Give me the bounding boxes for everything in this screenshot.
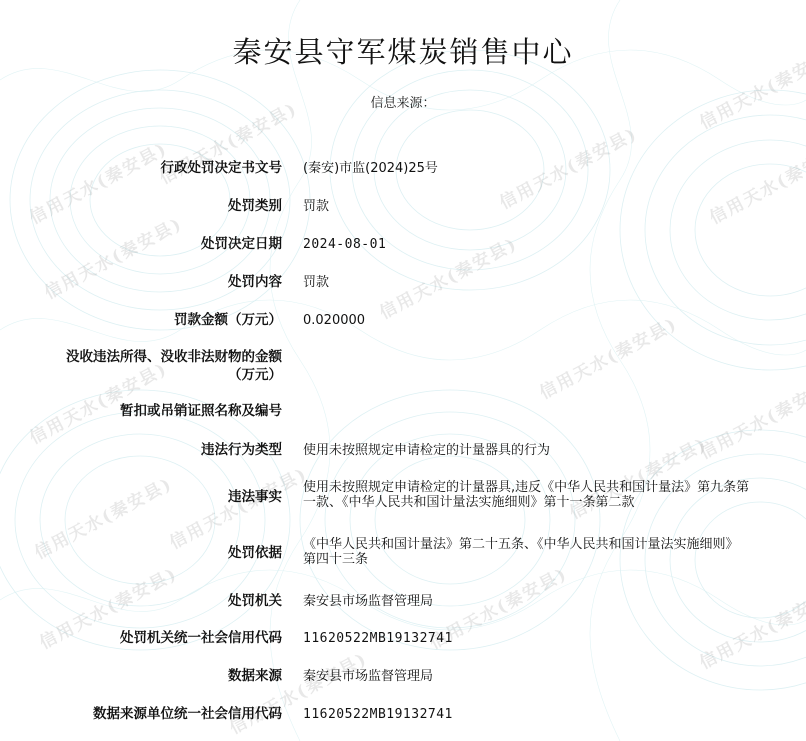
field-label: 违法事实 xyxy=(12,488,282,506)
info-source-label: 信息来源： xyxy=(370,96,435,111)
field-label: 暂扣或吊销证照名称及编号 xyxy=(12,402,282,420)
field-value: 11620522MB19132741 xyxy=(303,631,793,646)
field-value: 罚款 xyxy=(303,275,793,290)
field-label: 处罚类别 xyxy=(12,197,282,215)
field-value: 使用未按照规定申请检定的计量器具的行为 xyxy=(303,443,793,458)
page-title: 秦安县守军煤炭销售中心 xyxy=(0,30,806,71)
field-value-line: 第四十三条 xyxy=(303,552,793,567)
field-value: 使用未按照规定申请检定的计量器具,违反《中华人民共和国计量法》第九条第 一款、《… xyxy=(303,480,793,510)
field-value: 秦安县市场监督管理局 xyxy=(303,669,793,684)
field-value-line: 《中华人民共和国计量法》第二十五条、《中华人民共和国计量法实施细则》 xyxy=(303,537,793,552)
field-label-line: （万元） xyxy=(12,366,282,384)
field-label: 处罚决定日期 xyxy=(12,235,282,253)
field-label: 罚款金额（万元） xyxy=(12,311,282,329)
field-label: 处罚内容 xyxy=(12,273,282,291)
field-value-line: 使用未按照规定申请检定的计量器具,违反《中华人民共和国计量法》第九条第 xyxy=(303,480,793,495)
field-label: 处罚机关统一社会信用代码 xyxy=(12,629,282,647)
info-source: 信息来源： xyxy=(0,92,806,111)
field-value: 秦安县市场监督管理局 xyxy=(303,594,793,609)
field-label: 数据来源单位统一社会信用代码 xyxy=(12,705,282,723)
field-value: 2024-08-01 xyxy=(303,237,793,252)
field-value: 罚款 xyxy=(303,199,793,214)
field-label: 数据来源 xyxy=(12,667,282,685)
field-label: 处罚机关 xyxy=(12,592,282,610)
field-value-line: 一款、《中华人民共和国计量法实施细则》第十一条第二款 xyxy=(303,495,793,510)
field-label: 处罚依据 xyxy=(12,544,282,562)
field-label-line: 没收违法所得、没收非法财物的金额 xyxy=(12,348,282,366)
field-value: 0.020000 xyxy=(303,313,793,328)
watermark-text: 信用天水(秦安县) xyxy=(704,135,806,229)
field-value: 11620522MB19132741 xyxy=(303,707,793,722)
field-label: 违法行为类型 xyxy=(12,441,282,459)
field-label: 没收违法所得、没收非法财物的金额 （万元） xyxy=(12,348,282,384)
watermark-text: 信用天水(秦安县) xyxy=(164,460,311,554)
field-value: (秦安)市监(2024)25号 xyxy=(303,161,793,176)
field-value: 《中华人民共和国计量法》第二十五条、《中华人民共和国计量法实施细则》 第四十三条 xyxy=(303,537,793,567)
field-label: 行政处罚决定书文号 xyxy=(12,159,282,177)
watermark-text: 信用天水(秦安县) xyxy=(224,645,371,739)
